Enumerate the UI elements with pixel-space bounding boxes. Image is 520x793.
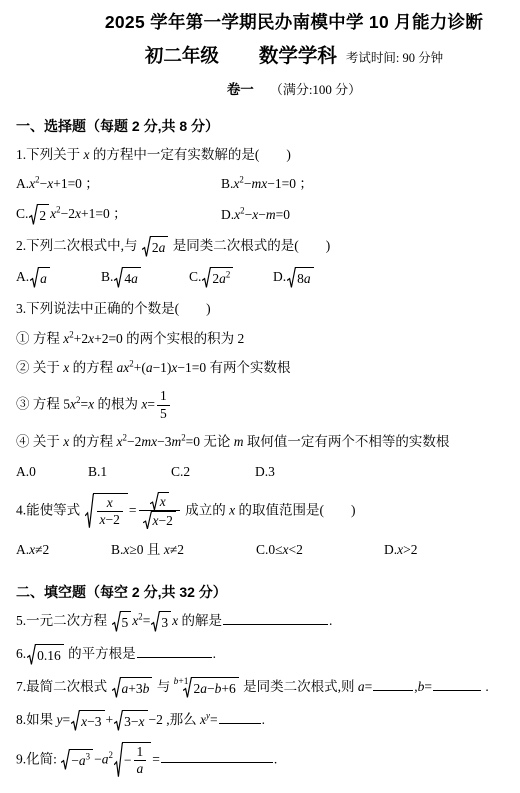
- option: A.x≠2: [16, 540, 111, 560]
- blank-line: [433, 676, 481, 691]
- radicand: a: [38, 267, 50, 289]
- variable: x: [84, 147, 90, 162]
- option: A.x2−x+1=0 ；: [16, 174, 221, 194]
- variable: x: [75, 206, 81, 221]
- blank-line: [161, 748, 273, 763]
- variable: a: [219, 271, 226, 286]
- variable: a: [304, 271, 311, 286]
- radical-sign-icon: [71, 710, 80, 732]
- option-row: C.2x2−2x+1=0 ；D.x2−x−m=0: [16, 199, 508, 231]
- variable: a: [200, 681, 207, 696]
- sqrt-expression: 2a−b+6: [183, 677, 238, 699]
- superscript: 2: [76, 395, 80, 405]
- sqrt-expression: −1a: [114, 742, 151, 779]
- variable: x: [107, 495, 113, 510]
- sqrt-expression: 2: [29, 204, 49, 226]
- question-stem: 1.下列关于 x 的方程中一定有实数解的是( ): [16, 140, 508, 170]
- sqrt-expression: 2a: [142, 236, 169, 258]
- numerator: x: [104, 495, 116, 512]
- variable: m: [141, 434, 151, 449]
- radical-sign-icon: [142, 236, 151, 258]
- full-score-label: （满分:100 分）: [270, 82, 361, 97]
- statement-line: ④ 关于 x 的方程 x2−2mx−3m2=0 无论 m 取何值一定有两个不相等…: [16, 427, 508, 457]
- option: D.x>2: [384, 540, 508, 560]
- radical-sign-icon: [143, 511, 152, 530]
- option: D.x2−x−m=0: [221, 205, 508, 225]
- variable: x: [153, 513, 159, 528]
- variable: a: [131, 271, 138, 286]
- sqrt-expression: x: [150, 492, 169, 511]
- variable: x: [252, 207, 258, 222]
- denominator: a: [134, 760, 147, 778]
- variable: x: [63, 360, 69, 375]
- radicand: x−3: [79, 710, 104, 732]
- option: D.3: [255, 462, 508, 482]
- variable: x: [88, 396, 94, 411]
- question-stem: 4.能使等式 xx−2=xx−2 成立的 x 的取值范围是( ): [16, 487, 508, 536]
- superscript: 2: [108, 750, 112, 760]
- radicand: 2a−b+6: [191, 677, 238, 699]
- fraction: 15: [157, 388, 170, 423]
- option-row: A.x2−x+1=0 ；B.x2−mx−1=0 ；: [16, 169, 508, 199]
- radicand: −1a: [122, 742, 151, 779]
- paper-body: 一、选择题（每题 2 分,共 8 分）1.下列关于 x 的方程中一定有实数解的是…: [16, 116, 508, 783]
- blank-line: [373, 676, 413, 691]
- radicand: 0.16: [35, 644, 64, 666]
- variable: x: [47, 176, 53, 191]
- statement-line: ① 方程 x2+2x+2=0 的两个实根的积为 2: [16, 324, 508, 354]
- paper-line: 卷一（满分:100 分）: [80, 80, 508, 100]
- variable: x: [283, 542, 289, 557]
- sqrt-expression: a+3b: [112, 677, 153, 699]
- fraction: xx−2: [97, 495, 123, 530]
- option: C.0≤x<2: [256, 540, 384, 560]
- superscript: 2: [240, 205, 244, 215]
- option-row: A.0B.1C.2D.3: [16, 457, 508, 487]
- variable: x: [397, 542, 403, 557]
- sqrt-expression: 5: [112, 611, 132, 633]
- option: C.2: [171, 462, 255, 482]
- radical-sign-icon: [27, 644, 36, 666]
- radical-sign-icon: [114, 710, 123, 732]
- radicand: 2a: [150, 236, 169, 258]
- radical-sign-icon: [114, 742, 123, 779]
- option: A.0: [16, 462, 88, 482]
- denominator: x−2: [97, 511, 123, 529]
- variable: x: [88, 331, 94, 346]
- section-heading: 一、选择题（每题 2 分,共 8 分）: [16, 116, 508, 136]
- sqrt-expression: a: [30, 267, 50, 289]
- fraction: 1a: [134, 744, 147, 779]
- option: B.1: [88, 462, 171, 482]
- section-heading: 二、填空题（每空 2 分,共 32 分）: [16, 582, 508, 602]
- question: 9.化简: −a3−a2−1a=.: [16, 737, 508, 784]
- radicand: x: [158, 492, 169, 511]
- radicand: x−2: [151, 511, 176, 530]
- statement-line: ② 关于 x 的方程 ax2+(a−1)x−1=0 有两个实数根: [16, 353, 508, 383]
- question: 8.如果 y=x−3+3−x−2 ,那么 xy=.: [16, 704, 508, 737]
- question-stem: 8.如果 y=x−3+3−x−2 ,那么 xy=.: [16, 704, 508, 737]
- option: B.4a: [101, 267, 189, 289]
- question-stem: 5.一元二次方程 5x2=3x 的解是.: [16, 605, 508, 638]
- variable: x: [171, 360, 177, 375]
- variable: x: [172, 613, 178, 628]
- radical-sign-icon: [112, 677, 121, 699]
- numerator: 1: [134, 744, 147, 761]
- variable: x: [100, 512, 106, 527]
- variable: x: [261, 176, 267, 191]
- blank-line: [219, 709, 261, 724]
- variable: x: [81, 714, 87, 729]
- question: 6.0.16 的平方根是.: [16, 638, 508, 671]
- superscript: y: [206, 710, 210, 720]
- sqrt-expression: 3: [151, 611, 171, 633]
- question-stem: 9.化简: −a3−a2−1a=.: [16, 737, 508, 784]
- sqrt-expression: 2a2: [202, 267, 233, 289]
- variable: x: [151, 434, 157, 449]
- radical-sign-icon: [202, 267, 211, 289]
- section: 二、填空题（每空 2 分,共 32 分）5.一元二次方程 5x2=3x 的解是.…: [16, 582, 508, 783]
- radical-sign-icon: [112, 611, 121, 633]
- radicand: 5: [120, 611, 132, 633]
- radicand: 2a2: [210, 267, 233, 289]
- radical-sign-icon: [29, 204, 38, 226]
- option: D.8a: [273, 267, 508, 289]
- radical-sign-icon: [151, 611, 160, 633]
- exam-page: 2025 学年第一学期民办南模中学 10 月能力诊断 初二年级数学学科考试时间:…: [0, 0, 520, 783]
- variable: m: [266, 207, 276, 222]
- sqrt-expression: 3−x: [114, 710, 147, 732]
- option: B.x≥0 且 x≠2: [111, 540, 256, 560]
- superscript: 2: [56, 204, 60, 214]
- exam-header: 2025 学年第一学期民办南模中学 10 月能力诊断 初二年级数学学科考试时间:…: [80, 10, 508, 99]
- sqrt-expression: 4a: [114, 267, 141, 289]
- variable: y: [206, 710, 210, 720]
- option-row: A.x≠2B.x≥0 且 x≠2C.0≤x<2D.x>2: [16, 535, 508, 565]
- exam-title: 2025 学年第一学期民办南模中学 10 月能力诊断: [80, 10, 508, 35]
- radicand: 8a: [295, 267, 314, 289]
- option: A.a: [16, 267, 101, 289]
- variable: b: [418, 679, 425, 694]
- superscript: 3: [86, 752, 90, 762]
- sqrt-expression: −a3: [61, 749, 93, 771]
- grade-label: 初二年级: [145, 45, 219, 66]
- variable: m: [251, 176, 261, 191]
- variable: a: [146, 360, 153, 375]
- variable: x: [123, 542, 129, 557]
- question: 1.下列关于 x 的方程中一定有实数解的是( )A.x2−x+1=0 ；B.x2…: [16, 140, 508, 231]
- variable: x: [63, 434, 69, 449]
- variable: x: [164, 542, 170, 557]
- superscript: 2: [226, 270, 230, 280]
- statement-line: ③ 方程 5x2=x 的根为 x=15: [16, 383, 508, 428]
- variable: m: [234, 434, 244, 449]
- variable: b: [143, 681, 150, 696]
- radical-sign-icon: [150, 492, 159, 511]
- variable: a: [40, 271, 47, 286]
- paper-label: 卷一: [227, 82, 254, 97]
- radical-sign-icon: [183, 677, 192, 699]
- superscript: 2: [69, 329, 73, 339]
- variable: b: [174, 677, 179, 687]
- question: 2.下列二次根式中,与 2a 是同类二次根式的是( )A.aB.4aC.2a2D…: [16, 231, 508, 294]
- radical-sign-icon: [287, 267, 296, 289]
- question-stem: 7.最简二次根式 a+3b 与 b+12a−b+6 是同类二次根式,则 a=,b…: [16, 671, 508, 704]
- variable: a: [159, 240, 166, 255]
- radical-sign-icon: [85, 493, 94, 530]
- superscript: 2: [181, 433, 185, 443]
- variable: a: [137, 761, 144, 776]
- radicand: 2: [37, 204, 49, 226]
- superscript: 2: [239, 175, 243, 185]
- question: 3.下列说法中正确的个数是( )① 方程 x2+2x+2=0 的两个实根的积为 …: [16, 294, 508, 487]
- option: B.x2−mx−1=0 ；: [221, 174, 508, 194]
- denominator: 5: [157, 405, 170, 423]
- radical-sign-icon: [114, 267, 123, 289]
- option: C.2x2−2x+1=0 ；: [16, 204, 221, 226]
- denominator: x−2: [139, 510, 180, 530]
- radical-sign-icon: [61, 749, 70, 771]
- blank-line: [223, 610, 328, 625]
- radicand: xx−2: [93, 493, 128, 530]
- fraction: xx−2: [139, 492, 180, 531]
- radicand: 3: [159, 611, 171, 633]
- question-stem: 6.0.16 的平方根是.: [16, 638, 508, 671]
- question: 5.一元二次方程 5x2=3x 的解是.: [16, 605, 508, 638]
- variable: x: [141, 396, 147, 411]
- variable: b: [215, 681, 222, 696]
- variable: x: [160, 494, 166, 509]
- numerator: x: [146, 492, 173, 511]
- question-stem: 3.下列说法中正确的个数是( ): [16, 294, 508, 324]
- question: 4.能使等式 xx−2=xx−2 成立的 x 的取值范围是( )A.x≠2B.x…: [16, 487, 508, 565]
- variable: a: [79, 753, 86, 768]
- sqrt-expression: xx−2: [85, 493, 128, 530]
- sqrt-expression: x−2: [143, 511, 176, 530]
- superscript: 2: [123, 433, 127, 443]
- variable: x: [229, 502, 235, 517]
- radicand: 4a: [122, 267, 141, 289]
- variable: a: [122, 681, 129, 696]
- radicand: 3−x: [122, 710, 147, 732]
- radicand: −a3: [69, 749, 93, 771]
- variable: m: [171, 434, 181, 449]
- variable: x: [139, 714, 145, 729]
- radical-sign-icon: [30, 267, 39, 289]
- sqrt-expression: 0.16: [27, 644, 64, 666]
- subject-label: 数学学科: [259, 45, 337, 67]
- superscript: 2: [35, 175, 39, 185]
- variable: x: [29, 542, 35, 557]
- sqrt-expression: 8a: [287, 267, 314, 289]
- exam-subtitle: 初二年级数学学科考试时间: 90 分钟: [80, 42, 508, 70]
- variable: a: [358, 679, 365, 694]
- variable: y: [57, 712, 63, 727]
- blank-line: [137, 643, 212, 658]
- superscript: 2: [129, 359, 133, 369]
- sqrt-expression: x−3: [71, 710, 104, 732]
- radicand: a+3b: [120, 677, 153, 699]
- option: C.2a2: [189, 267, 273, 289]
- option-row: A.aB.4aC.2a2D.8a: [16, 262, 508, 294]
- question: 7.最简二次根式 a+3b 与 b+12a−b+6 是同类二次根式,则 a=,b…: [16, 671, 508, 704]
- exam-time-label: 考试时间: 90 分钟: [346, 51, 443, 65]
- superscript: 2: [138, 612, 142, 622]
- question-stem: 2.下列二次根式中,与 2a 是同类二次根式的是( ): [16, 231, 508, 263]
- section: 一、选择题（每题 2 分,共 8 分）1.下列关于 x 的方程中一定有实数解的是…: [16, 116, 508, 564]
- numerator: 1: [157, 388, 170, 405]
